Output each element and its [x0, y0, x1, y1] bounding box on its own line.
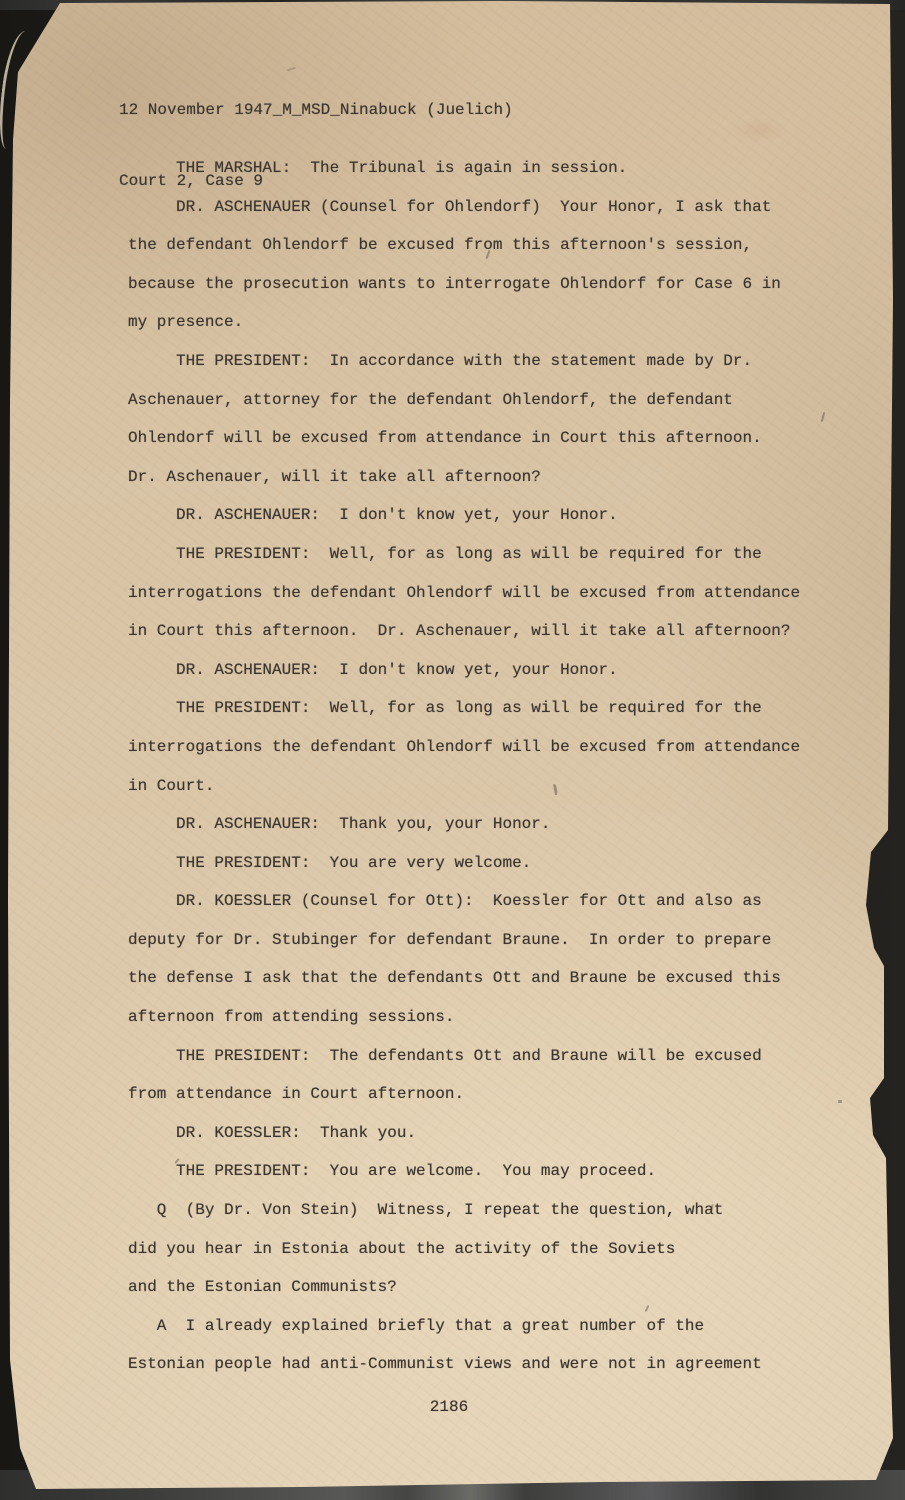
- transcript-line: afternoon from attending sessions.: [128, 998, 800, 1037]
- transcript-line: from attendance in Court afternoon.: [128, 1075, 800, 1114]
- transcript-line: DR. ASCHENAUER (Counsel for Ohlendorf) Y…: [128, 188, 800, 227]
- transcript-line: the defendant Ohlendorf be excused from …: [128, 226, 800, 265]
- transcript-line: THE PRESIDENT: In accordance with the st…: [128, 342, 800, 381]
- transcript-line: Aschenauer, attorney for the defendant O…: [128, 381, 800, 420]
- transcript-body: THE MARSHAL: The Tribunal is again in se…: [128, 149, 800, 1384]
- transcript-line: did you hear in Estonia about the activi…: [128, 1230, 800, 1269]
- transcript-line: THE PRESIDENT: The defendants Ott and Br…: [128, 1037, 800, 1076]
- transcript-line: and the Estonian Communists?: [128, 1268, 800, 1307]
- transcript-line: interrogations the defendant Ohlendorf w…: [128, 728, 800, 767]
- transcript-line: Q (By Dr. Von Stein) Witness, I repeat t…: [128, 1191, 800, 1230]
- transcript-line: THE MARSHAL: The Tribunal is again in se…: [128, 149, 800, 188]
- paper-speck: [821, 412, 826, 422]
- header-date-line: 12 November 1947_M_MSD_Ninabuck (Juelich…: [119, 99, 513, 123]
- scan-backdrop: 12 November 1947_M_MSD_Ninabuck (Juelich…: [0, 0, 905, 1500]
- transcript-line: my presence.: [128, 303, 800, 342]
- transcript-line: Ohlendorf will be excused from attendanc…: [128, 419, 800, 458]
- transcript-line: THE PRESIDENT: Well, for as long as will…: [128, 535, 800, 574]
- transcript-line: DR. ASCHENAUER: Thank you, your Honor.: [128, 805, 800, 844]
- transcript-line: Estonian people had anti-Communist views…: [128, 1345, 800, 1384]
- transcript-line: in Court.: [128, 767, 800, 806]
- transcript-line: the defense I ask that the defendants Ot…: [128, 959, 800, 998]
- transcript-line: THE PRESIDENT: You are welcome. You may …: [128, 1152, 800, 1191]
- transcript-line: DR. KOESSLER (Counsel for Ott): Koessler…: [128, 882, 800, 921]
- page-number: 2186: [0, 1396, 898, 1418]
- transcript-line: Dr. Aschenauer, will it take all afterno…: [128, 458, 800, 497]
- document-page: 12 November 1947_M_MSD_Ninabuck (Juelich…: [0, 0, 905, 1500]
- transcript-line: A I already explained briefly that a gre…: [128, 1307, 800, 1346]
- transcript-line: THE PRESIDENT: You are very welcome.: [128, 844, 800, 883]
- transcript-line: in Court this afternoon. Dr. Aschenauer,…: [128, 612, 800, 651]
- transcript-line: interrogations the defendant Ohlendorf w…: [128, 574, 800, 613]
- paper-speck: [838, 1100, 842, 1103]
- transcript-line: deputy for Dr. Stubinger for defendant B…: [128, 921, 800, 960]
- transcript-line: DR. ASCHENAUER: I don't know yet, your H…: [128, 651, 800, 690]
- transcript-line: because the prosecution wants to interro…: [128, 265, 800, 304]
- transcript-line: DR. KOESSLER: Thank you.: [128, 1114, 800, 1153]
- transcript-line: THE PRESIDENT: Well, for as long as will…: [128, 689, 800, 728]
- transcript-line: DR. ASCHENAUER: I don't know yet, your H…: [128, 496, 800, 535]
